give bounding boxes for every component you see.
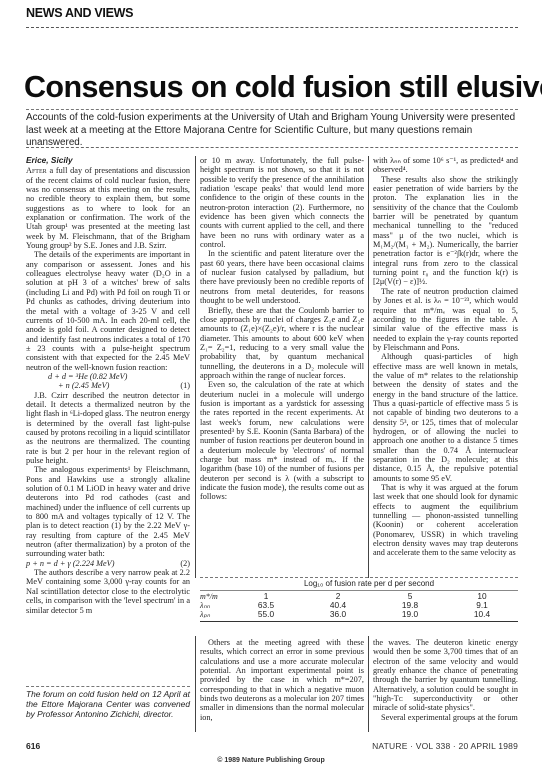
column-rule <box>195 636 196 732</box>
table-rule <box>200 621 518 622</box>
table-cell: 36.0 <box>302 610 374 619</box>
paragraph: The rate of neutron production claimed b… <box>373 287 518 352</box>
paragraph: the waves. The deuteron kinetic energy w… <box>373 638 518 713</box>
table-rule <box>200 590 518 591</box>
note-divider <box>26 686 190 687</box>
table-rule <box>200 577 518 578</box>
paragraph: That is why it was argued at the forum l… <box>373 483 518 558</box>
column-rule <box>195 156 196 578</box>
row-label: λₙₙ <box>200 601 230 610</box>
article-column-3-continued: the waves. The deuteron kinetic energy w… <box>373 638 518 722</box>
section-label: NEWS AND VIEWS <box>26 6 133 20</box>
table-row: λₚₙ 55.0 36.0 19.0 10.4 <box>200 610 518 619</box>
lead-word: After <box>26 166 47 175</box>
paragraph: The details of the experiments are impor… <box>26 250 190 371</box>
top-divider <box>26 27 518 28</box>
paragraph: or 10 m away. Unfortunately, the full pu… <box>200 156 364 249</box>
column-rule <box>368 636 369 732</box>
dateline: Erice, Sicily <box>26 156 190 165</box>
headline-divider <box>26 109 518 110</box>
table-caption: Log₁₀ of fusion rate per d per second <box>200 579 518 589</box>
row-label: λₚₙ <box>200 610 230 619</box>
paragraph: In the scientific and patent literature … <box>200 249 364 305</box>
page-number: 616 <box>26 741 40 751</box>
fusion-rate-table: Log₁₀ of fusion rate per d per second m*… <box>200 577 518 622</box>
paragraph: Others at the meeting agreed with these … <box>200 638 364 722</box>
paragraph: with λₙₙ of some 10⁶ s⁻¹, as predicted⁴ … <box>373 156 518 175</box>
paragraph: The analogous experiments¹ by Fleischman… <box>26 465 190 558</box>
equation-2: p + n = d + γ (2.224 MeV)(2) <box>26 559 190 568</box>
paragraph: The authors describe a very narrow peak … <box>26 568 190 615</box>
table-cell: 55.0 <box>230 610 302 619</box>
table-cell: 19.0 <box>374 610 446 619</box>
article-column-1: Erice, Sicily After a full day of presen… <box>26 156 190 615</box>
equation-number: (1) <box>180 381 190 390</box>
journal-citation: NATURE · VOL 338 · 20 APRIL 1989 <box>372 741 518 751</box>
table-header-row: m*/m 1 2 5 10 <box>200 592 518 601</box>
column-rule <box>368 156 369 578</box>
standfirst-divider <box>26 147 518 148</box>
article-column-2: or 10 m away. Unfortunately, the full pu… <box>200 156 364 502</box>
headline: Consensus on cold fusion still elusive <box>24 70 542 105</box>
copyright: © 1989 Nature Publishing Group <box>0 757 542 764</box>
table-row: λₙₙ 63.5 40.4 19.8 9.1 <box>200 601 518 610</box>
row-label: m*/m <box>200 592 230 601</box>
article-column-3: with λₙₙ of some 10⁶ s⁻¹, as predicted⁴ … <box>373 156 518 558</box>
paragraph: Although quasi-particles of high effecti… <box>373 352 518 483</box>
paragraph: After a full day of presentations and di… <box>26 166 190 250</box>
standfirst: Accounts of the cold-fusion experiments … <box>26 112 520 150</box>
equation-1: d + d = ³He (0.82 MeV) + n (2.45 MeV)(1) <box>26 372 190 391</box>
paragraph: Briefly, these are that the Coulomb barr… <box>200 306 364 381</box>
paragraph: J.B. Czirr described the neutron detecto… <box>26 391 190 466</box>
table-cell: 10.4 <box>446 610 518 619</box>
paragraph: Several experimental groups at the forum <box>373 713 518 722</box>
paragraph: These results also show the strikingly e… <box>373 175 518 287</box>
forum-note: The forum on cold fusion held on 12 Apri… <box>26 689 190 719</box>
article-column-2-continued: Others at the meeting agreed with these … <box>200 638 364 722</box>
equation-number: (2) <box>180 559 190 568</box>
paragraph: Even so, the calculation of the rate at … <box>200 380 364 501</box>
